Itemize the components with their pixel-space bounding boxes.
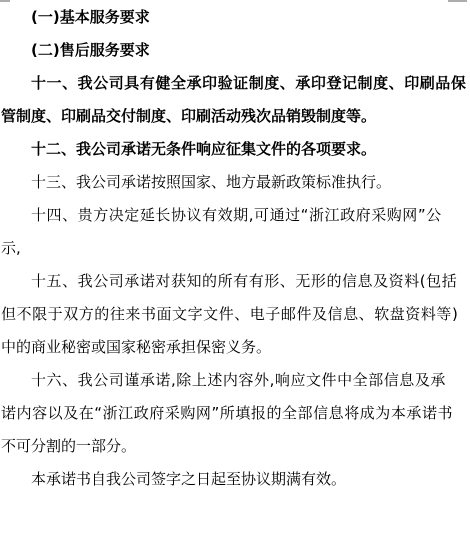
clause-15-line-3: 中的商业秘密或国家秘密承担保密义务。: [1, 331, 467, 364]
clause-13: 十三、我公司承诺按照国家、地方最新政策标准执行。: [1, 166, 467, 199]
document-page[interactable]: (一)基本服务要求 (二)售后服务要求 十一、我公司具有健全承印验证制度、承印登…: [0, 0, 470, 549]
closing-statement: 本承诺书自我公司签字之日起至协议期满有效。: [1, 463, 467, 496]
clause-15-line-2: 但不限于双方的往来书面文字文件、电子邮件及信息、软盘资料等): [1, 298, 467, 331]
clause-16-line-1: 十六、我公司谨承诺,除上述内容外,响应文件中全部信息及承: [1, 364, 467, 397]
clause-11-line-1: 十一、我公司具有健全承印验证制度、承印登记制度、印刷品保: [1, 67, 467, 100]
clause-12: 十二、我公司承诺无条件响应征集文件的各项要求。: [1, 133, 467, 166]
clause-16-line-2: 诺内容以及在“浙江政府采购网”所填报的全部信息将成为本承诺书: [1, 397, 467, 430]
heading-after-sales-service-requirements: (二)售后服务要求: [1, 34, 467, 67]
clause-14-line-2: 示,: [1, 232, 467, 265]
clause-11-line-2: 管制度、印刷品交付制度、印刷活动残次品销毁制度等。: [1, 100, 467, 133]
heading-basic-service-requirements: (一)基本服务要求: [1, 1, 467, 34]
document-body[interactable]: (一)基本服务要求 (二)售后服务要求 十一、我公司具有健全承印验证制度、承印登…: [1, 1, 467, 496]
clause-14-line-1: 十四、贵方决定延长协议有效期,可通过“浙江政府采购网”公: [1, 199, 467, 232]
clause-16-line-3: 不可分割的一部分。: [1, 430, 467, 463]
clause-15-line-1: 十五、我公司承诺对获知的所有有形、无形的信息及资料(包括: [1, 265, 467, 298]
